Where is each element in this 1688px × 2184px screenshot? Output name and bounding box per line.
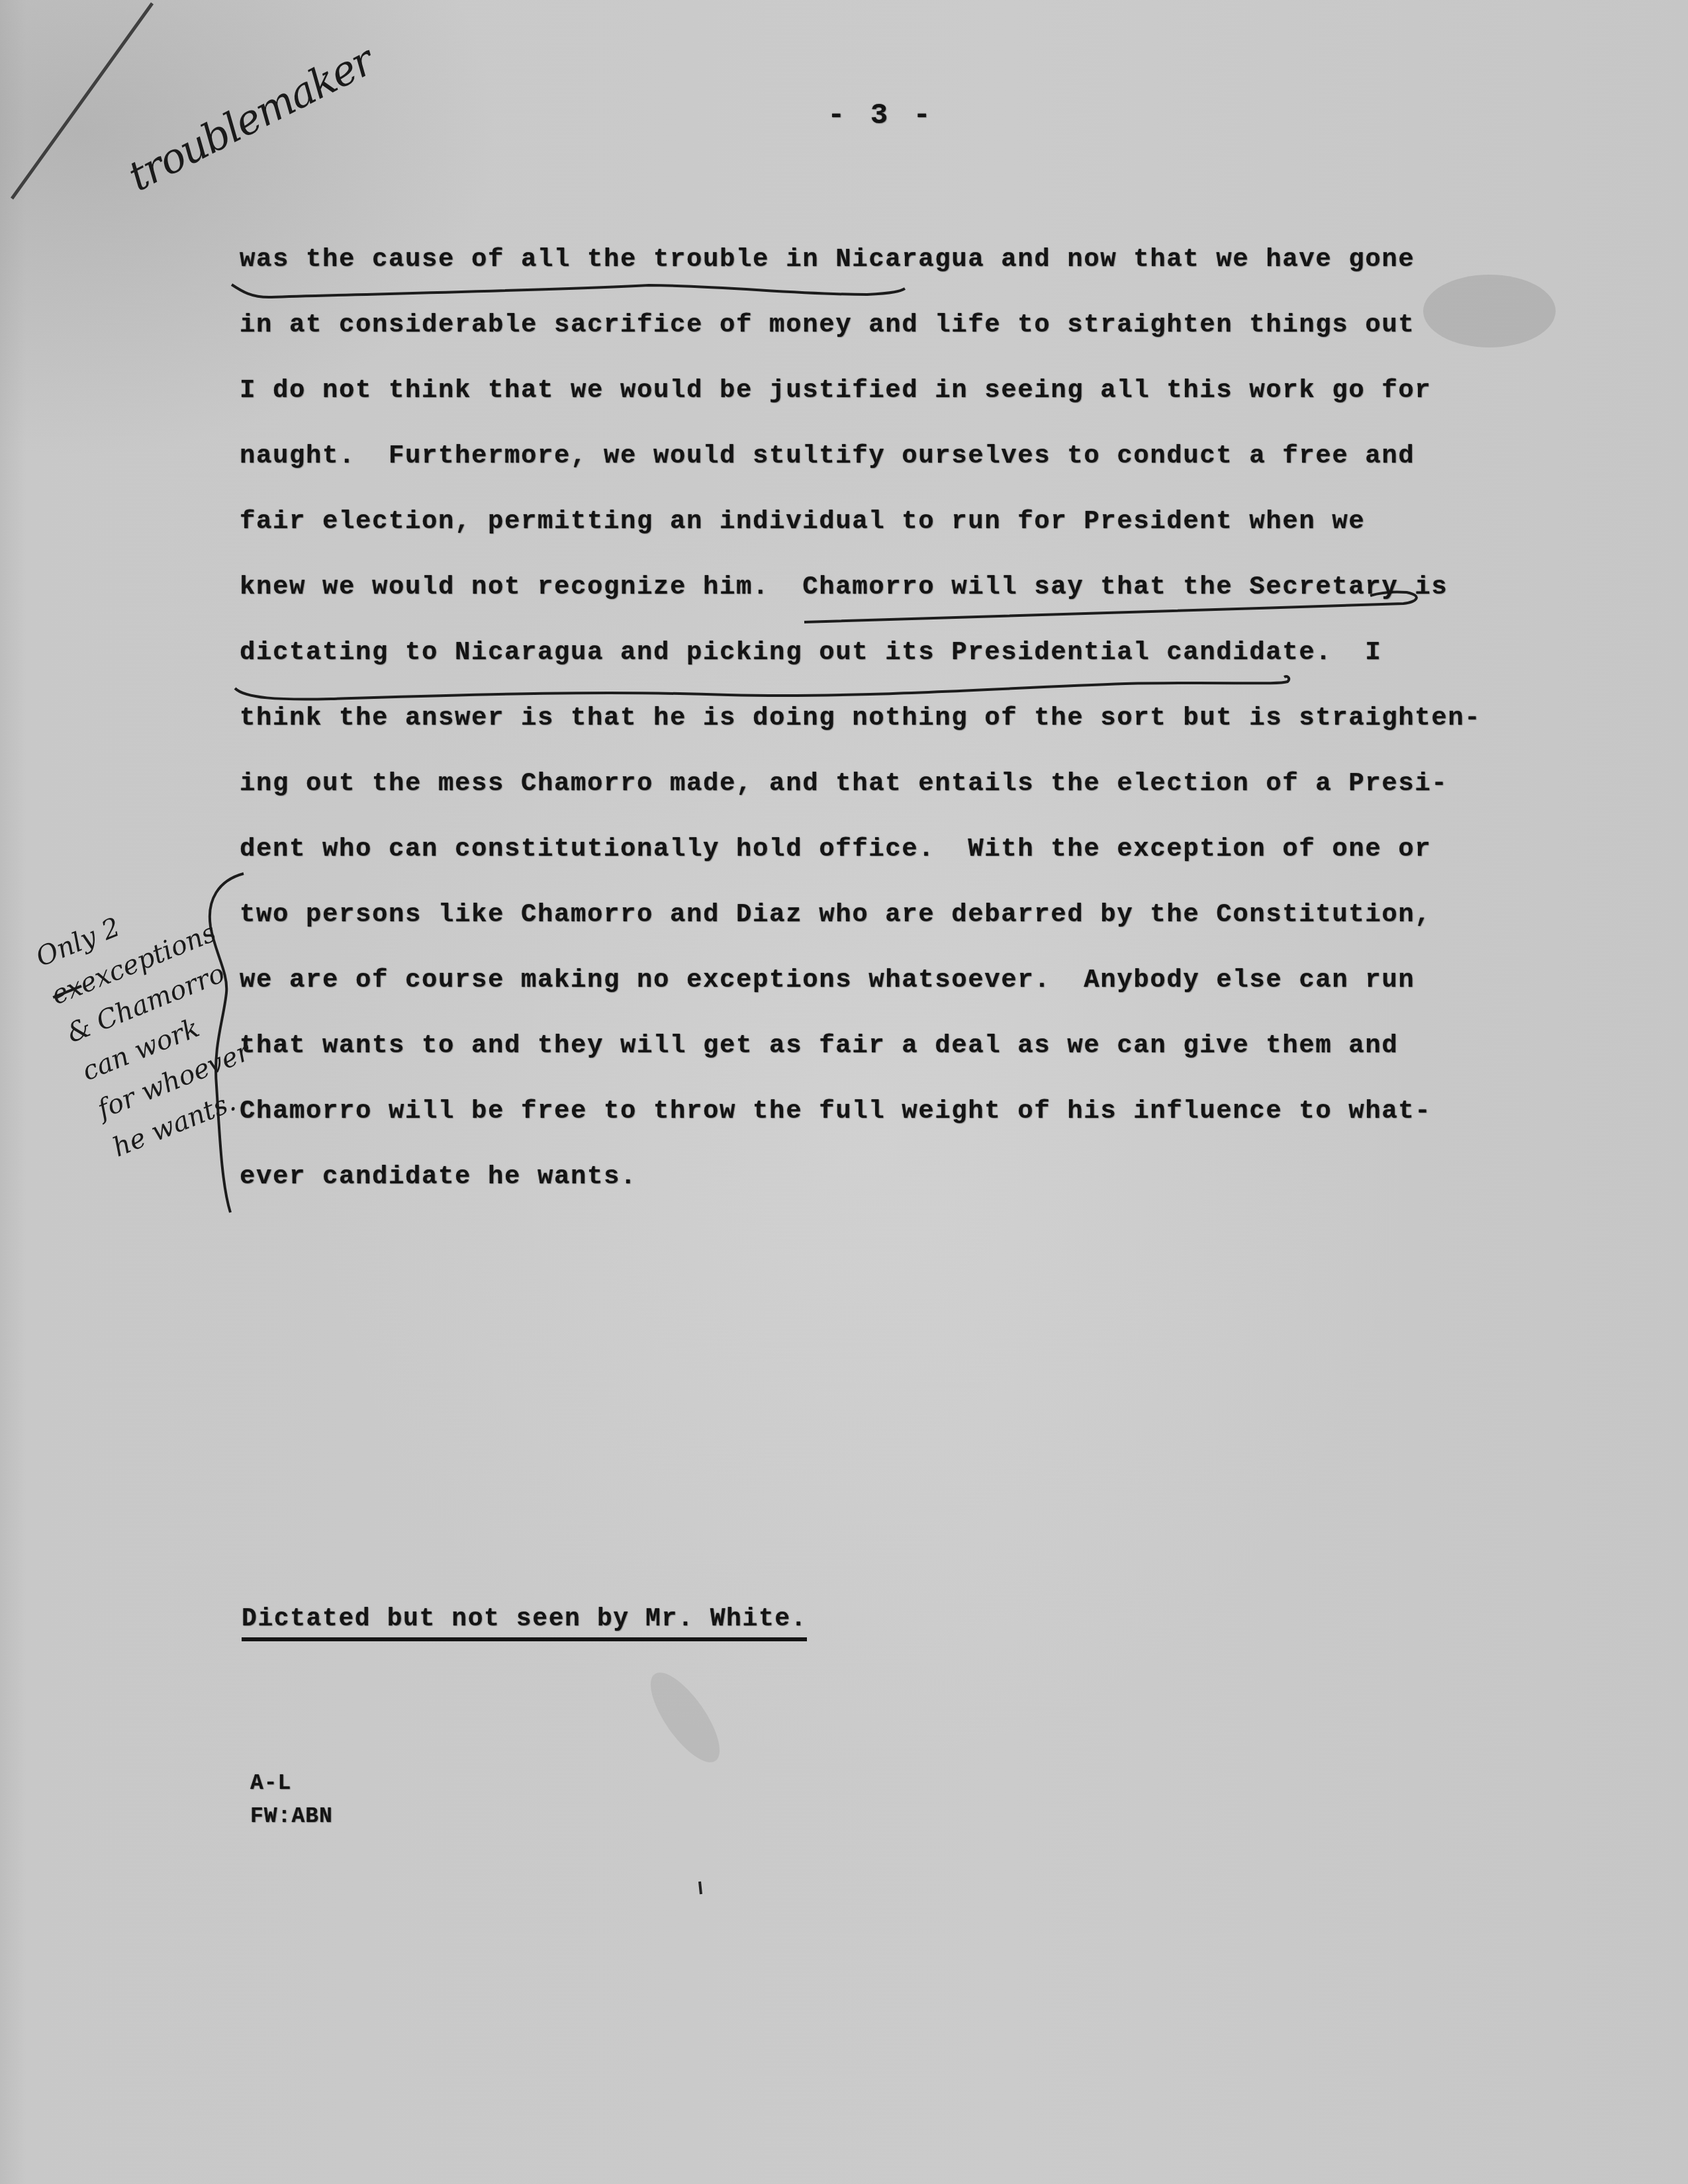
body-line: dictating to Nicaragua and picking out i… — [240, 633, 1511, 698]
body-line: was the cause of all the trouble in Nica… — [240, 240, 1511, 305]
body-line: ing out the mess Chamorro made, and that… — [240, 764, 1511, 829]
initials-line: A-L — [250, 1767, 333, 1800]
handwritten-note-troublemaker: troublemaker — [120, 36, 381, 201]
memo-body: was the cause of all the trouble in Nica… — [240, 240, 1511, 1222]
body-line: two persons like Chamorro and Diaz who a… — [240, 895, 1511, 960]
paper-smudge — [639, 1662, 732, 1772]
body-line: fair election, permitting an individual … — [240, 502, 1511, 567]
body-line: ever candidate he wants. — [240, 1157, 1511, 1222]
body-line: we are of course making no exceptions wh… — [240, 960, 1511, 1026]
initials-line: FW:ABN — [250, 1800, 333, 1833]
body-line: Chamorro will be free to throw the full … — [240, 1091, 1511, 1157]
body-line: think the answer is that he is doing not… — [240, 698, 1511, 764]
body-line: knew we would not recognize him. Chamorr… — [240, 567, 1511, 633]
body-line: dent who can constitutionally hold offic… — [240, 829, 1511, 895]
body-line: I do not think that we would be justifie… — [240, 371, 1511, 436]
reference-initials: A-L FW:ABN — [250, 1767, 333, 1833]
body-line: that wants to and they will get as fair … — [240, 1026, 1511, 1091]
document-page: - 3 - troublemaker was the cause of all … — [0, 0, 1688, 2184]
body-line: naught. Furthermore, we would stultify o… — [240, 436, 1511, 502]
stray-mark — [700, 1882, 701, 1894]
page-number: - 3 - — [827, 99, 935, 132]
dictation-note: Dictated but not seen by Mr. White. — [242, 1605, 807, 1641]
body-line: in at considerable sacrifice of money an… — [240, 305, 1511, 371]
